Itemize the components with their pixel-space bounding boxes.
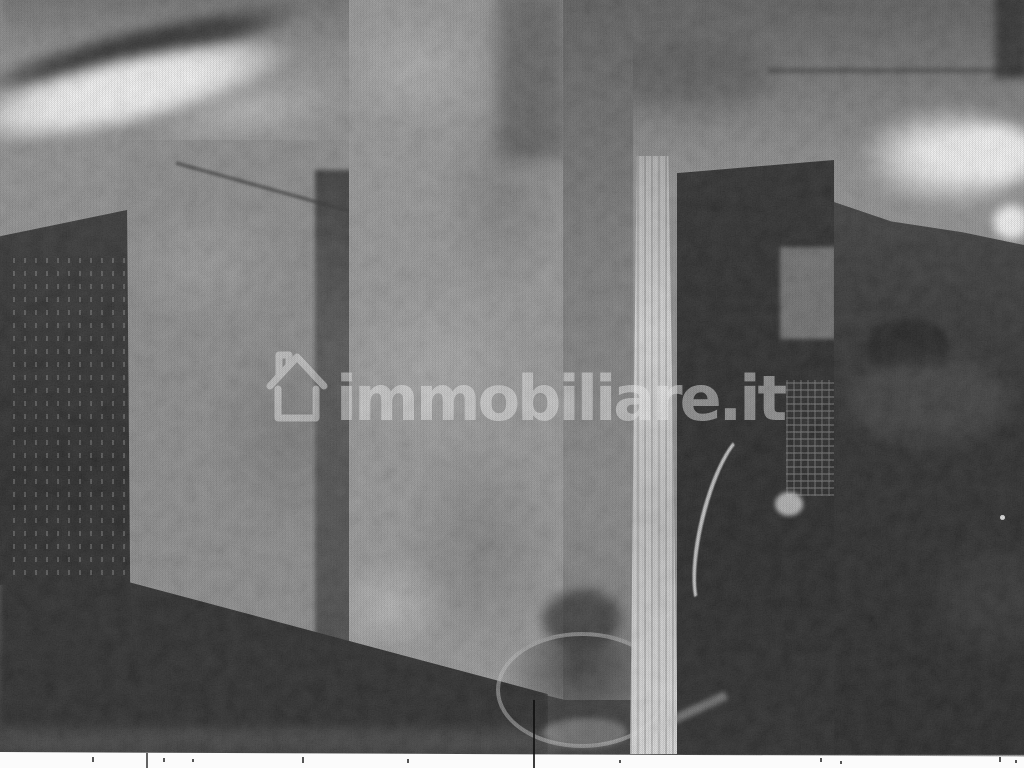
doorway-light-blob (775, 492, 803, 516)
scan-tick (619, 760, 621, 763)
floor-light-band (0, 728, 560, 754)
scan-tick (192, 759, 194, 762)
scan-tick (407, 759, 409, 763)
lit-door-jamb (630, 156, 678, 754)
secondary-lamp-glow (988, 200, 1024, 244)
top-right-dark-corner (995, 0, 1024, 78)
scan-tick (163, 758, 165, 762)
doorway-gray-patch (780, 247, 836, 339)
floor-speckle-patch (543, 718, 627, 748)
dark-right-area (834, 202, 1024, 754)
scan-tick (1015, 760, 1017, 763)
scan-tick (840, 761, 842, 764)
roller-shutter-streaks (4, 252, 126, 627)
scan-tick (92, 757, 94, 762)
scan-tick (999, 757, 1001, 762)
right-wall-joint-line (768, 68, 1024, 73)
scan-tick (820, 758, 822, 762)
scan-tick (302, 757, 304, 763)
doorway-grid-texture (786, 380, 842, 496)
scan-artifact-line (533, 700, 535, 768)
scan-artifact-line-short (146, 753, 148, 768)
listing-photo: immobiliare.it (0, 0, 1024, 768)
pillar-top-shadow (497, 0, 567, 160)
dark-area-mottling (846, 358, 1011, 443)
reflection-dot (1000, 515, 1005, 520)
